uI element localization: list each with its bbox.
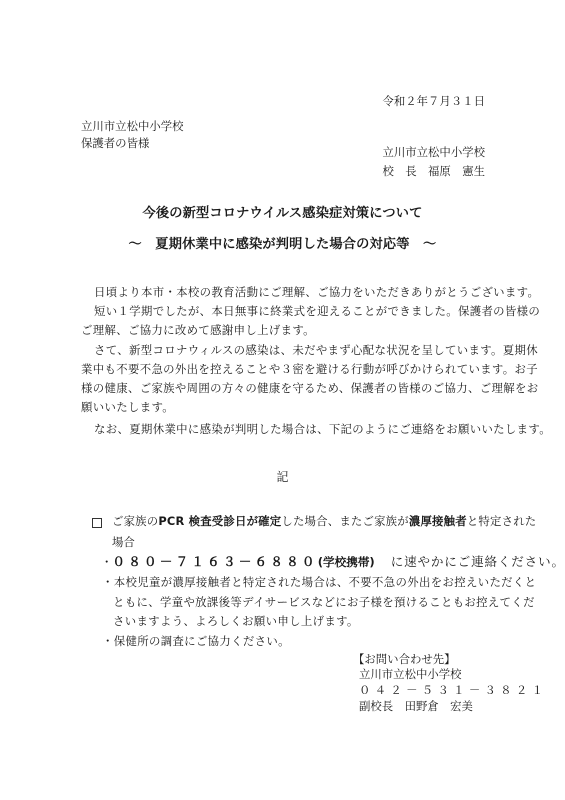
contact-school: 立川市立松中小学校 [359, 669, 462, 680]
body-line-4: さて、新型コロナウィルスの感染は、未だやまず心配な状況を呈しています。夏期休 [94, 345, 538, 356]
recipient: 保護者の皆様 [81, 138, 149, 149]
recipient-school: 立川市立松中小学校 [81, 121, 184, 132]
notice-bold-close-contact: 濃厚接触者 [409, 514, 467, 528]
body-line-2: 短い１学期でしたが、本日無事に終業式を迎えることができました。保護者の皆様の [94, 306, 540, 317]
bullet-line-2: ともに、学童や放課後等デイサービスなどにお子様を預けることもお控えてくだ [113, 597, 535, 608]
notice-line-2: 場合 [112, 537, 135, 548]
body-line-7: 願いいたします。 [81, 402, 174, 413]
sender-name: 校 長 福原 憲生 [382, 166, 485, 177]
notice-bold-pcr: PCR 検査受診日が確定 [158, 514, 281, 528]
school-mobile-number: ０８０－７１６３－６８８０ [112, 554, 317, 569]
notice-text-1: ご家族の [112, 514, 158, 528]
contact-person: 副校長 田野倉 宏美 [359, 701, 473, 712]
notice-text-2: した場合、またご家族が [281, 514, 409, 528]
page-subtitle: ～ 夏期休業中に感染が判明した場合の対応等 ～ [0, 238, 565, 251]
phone-line: ・０８０－７１６３－６８８０(学校携帯)に速やかにご連絡ください。 [101, 556, 565, 569]
body-line-3: ご理解、ご協力に改めて感謝申し上げます。 [81, 325, 315, 336]
phone-instruction: に速やかにご連絡ください。 [391, 554, 565, 569]
body-line-5: 業中も不要不急の外出を控えることや３密を避ける行動が呼びかけられています。お子 [81, 364, 538, 375]
document-date: 令和２年７月３１日 [382, 96, 485, 107]
body-line-1: 日頃より本市・本校の教育活動にご理解、ご協力をいただきありがとうございます。 [94, 287, 539, 298]
phone-label: (学校携帯) [318, 555, 375, 569]
notice-line-1: ご家族のPCR 検査受診日が確定した場合、またご家族が濃厚接触者と特定された [112, 516, 536, 527]
bullet-line-3: さいますよう、よろしくお願い申し上げます。 [113, 616, 359, 627]
body-line-6: 様の健康、ご家族や周囲の方々の健康を守るため、保護者の皆様のご協力、ご理解をお [81, 383, 538, 394]
phone-bullet: ・ [101, 555, 112, 569]
ki-heading: 記 [0, 471, 565, 483]
contact-phone: ０４２－５３１－３８２１ [359, 685, 547, 696]
bullet-line-4: ・保健所の調査にご協力ください。 [102, 636, 290, 647]
body-line-8: なお、夏期休業中に感染が判明した場合は、下記のようにご連絡をお願いいたします。 [94, 424, 551, 435]
page-title: 今後の新型コロナウイルス感染症対策について [0, 207, 565, 220]
notice-text-3: と特定された [467, 514, 537, 528]
sender-school: 立川市立松中小学校 [382, 147, 485, 158]
notice-checkbox[interactable] [92, 518, 102, 528]
bullet-line-1: ・本校児童が濃厚接触者と特定された場合は、不要不急の外出をお控えいただくと [102, 577, 536, 588]
contact-heading: 【お問い合わせ先】 [353, 654, 456, 665]
